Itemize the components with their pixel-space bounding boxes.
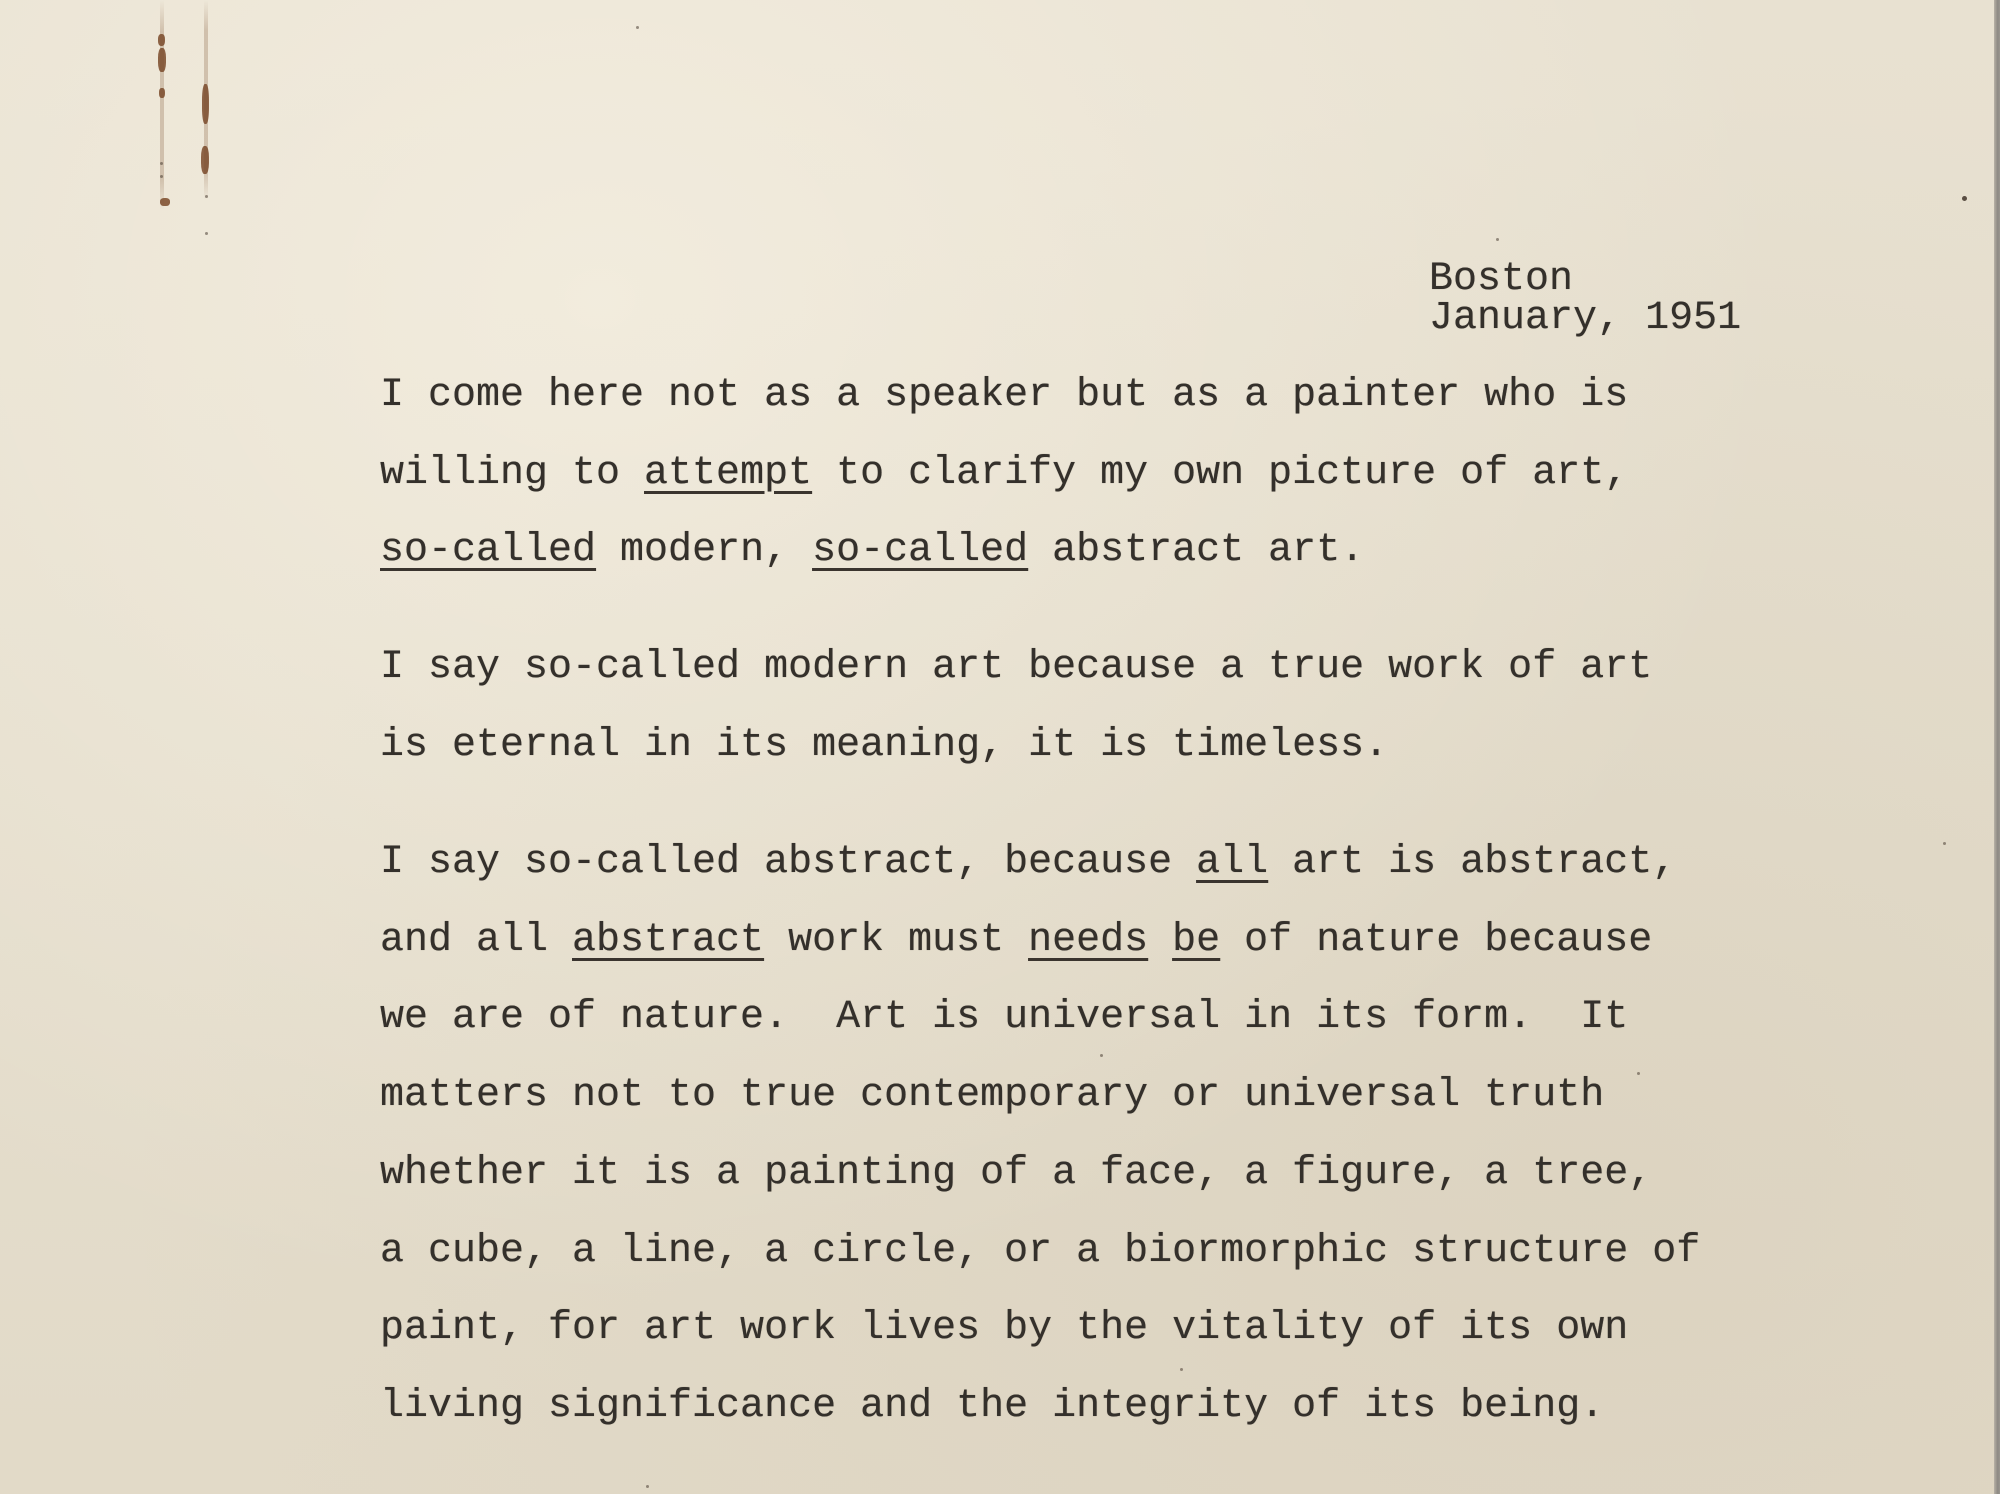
speck bbox=[1943, 842, 1946, 845]
text-line: whether it is a painting of a face, a fi… bbox=[380, 1154, 1652, 1194]
text-segment: and all bbox=[380, 918, 572, 963]
speck bbox=[1637, 1072, 1640, 1075]
underlined-word: all bbox=[1196, 840, 1268, 885]
speck bbox=[636, 26, 639, 29]
text-line: we are of nature. Art is universal in it… bbox=[380, 998, 1628, 1038]
text-line: I come here not as a speaker but as a pa… bbox=[380, 376, 1628, 416]
speck bbox=[160, 162, 163, 165]
text-line: I say so-called modern art because a tru… bbox=[380, 648, 1652, 688]
text-segment: paint, for art work lives by the vitalit… bbox=[380, 1306, 1628, 1351]
text-segment: I say so-called modern art because a tru… bbox=[380, 645, 1652, 690]
rust-stain bbox=[202, 84, 209, 124]
text-line: matters not to true contemporary or univ… bbox=[380, 1076, 1604, 1116]
text-line: and all abstract work must needs be of n… bbox=[380, 921, 1652, 961]
text-segment: of nature because bbox=[1220, 918, 1652, 963]
page-edge-shadow bbox=[1994, 0, 2000, 1494]
text-segment: a cube, a line, a circle, or a biormorph… bbox=[380, 1229, 1700, 1274]
text-line: I say so-called abstract, because all ar… bbox=[380, 843, 1676, 883]
rust-stain bbox=[159, 88, 165, 98]
text-segment bbox=[1148, 918, 1172, 963]
speck bbox=[205, 195, 208, 198]
rust-stain bbox=[160, 198, 170, 206]
text-line: is eternal in its meaning, it is timeles… bbox=[380, 726, 1388, 766]
text-segment: I say so-called abstract, because bbox=[380, 840, 1196, 885]
underlined-word: abstract bbox=[572, 918, 764, 963]
text-segment: I come here not as a speaker but as a pa… bbox=[380, 373, 1628, 418]
speck bbox=[1100, 1054, 1103, 1057]
speck bbox=[160, 175, 163, 178]
speck bbox=[1962, 196, 1967, 201]
header-place: Boston bbox=[1285, 220, 1573, 260]
text-segment: modern, bbox=[596, 528, 812, 573]
text-segment: matters not to true contemporary or univ… bbox=[380, 1073, 1604, 1118]
underlined-word: attempt bbox=[644, 451, 812, 496]
text-segment: work must bbox=[764, 918, 1028, 963]
binding-mark-left bbox=[160, 0, 164, 210]
underlined-word: so-called bbox=[812, 528, 1028, 573]
typed-text-layer: Boston January, 1951 I come here not as … bbox=[0, 0, 96, 630]
text-segment: we are of nature. Art is universal in it… bbox=[380, 995, 1628, 1040]
text-segment: is eternal in its meaning, it is timeles… bbox=[380, 723, 1388, 768]
text-segment: living significance and the integrity of… bbox=[380, 1384, 1604, 1429]
rust-stain bbox=[201, 146, 209, 174]
text-segment: willing to bbox=[380, 451, 644, 496]
text-line: paint, for art work lives by the vitalit… bbox=[380, 1309, 1628, 1349]
header-date: January, 1951 bbox=[1285, 259, 1741, 299]
speck bbox=[1180, 1368, 1183, 1371]
text-segment: to clarify my own picture of art, bbox=[812, 451, 1628, 496]
text-line: willing to attempt to clarify my own pic… bbox=[380, 454, 1628, 494]
text-segment: art is abstract, bbox=[1268, 840, 1676, 885]
text-line: so-called modern, so-called abstract art… bbox=[380, 531, 1364, 571]
text-line: a cube, a line, a circle, or a biormorph… bbox=[380, 1232, 1700, 1272]
rust-stain bbox=[158, 34, 165, 46]
underlined-word: needs bbox=[1028, 918, 1148, 963]
speck bbox=[646, 1485, 649, 1488]
typewritten-page: Boston January, 1951 I come here not as … bbox=[0, 0, 2000, 1494]
rust-stain bbox=[158, 48, 166, 72]
speck bbox=[205, 232, 208, 235]
text-segment: abstract art. bbox=[1028, 528, 1364, 573]
text-segment: whether it is a painting of a face, a fi… bbox=[380, 1151, 1652, 1196]
text-line: living significance and the integrity of… bbox=[380, 1387, 1604, 1427]
underlined-word: be bbox=[1172, 918, 1220, 963]
underlined-word: so-called bbox=[380, 528, 596, 573]
